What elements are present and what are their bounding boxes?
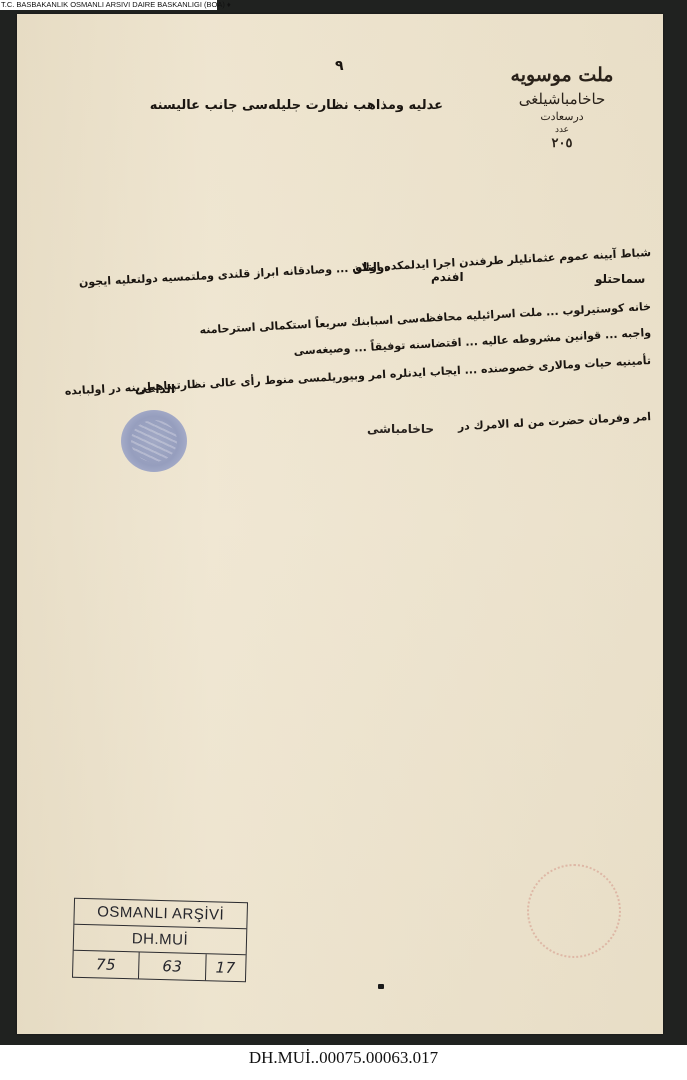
- closing-text: الداعى: [135, 382, 175, 396]
- ink-mark-icon: [378, 984, 384, 989]
- page-number: ٩: [335, 58, 344, 74]
- archive-shirt-number: 63: [139, 952, 206, 980]
- letterhead-line-1: ملت موسويه: [507, 62, 617, 88]
- letterhead-line-2: حاخامباشيلغى: [507, 88, 617, 110]
- archive-page-number: 17: [206, 954, 246, 981]
- letterhead-line-4: عدد: [507, 124, 617, 136]
- archive-stamp: OSMANLI ARŞİVİ DH.MUİ 75 63 17: [72, 898, 248, 983]
- document-page: ٩ عدليه ومذاهب نظارت جليله‌سى جانب عاليس…: [17, 14, 663, 1034]
- addressee-line: عدليه ومذاهب نظارت جليله‌سى جانب عاليسنه: [253, 98, 443, 113]
- letterhead: ملت موسويه حاخامباشيلغى درسعادت عدد ٢٠٥: [507, 62, 617, 152]
- archive-dossier-number: 75: [73, 951, 140, 979]
- reference-code: DH.MUİ..00075.00063.017: [0, 1048, 687, 1068]
- archive-banner: T.C. BASBAKANLIK OSMANLI ARSIVI DAIRE BA…: [0, 0, 217, 10]
- letterhead-line-3: درسعادت: [507, 110, 617, 124]
- red-stamp-icon: [527, 864, 621, 958]
- archive-stamp-numbers: 75 63 17: [73, 951, 246, 981]
- signature: حاخامباشى: [367, 422, 434, 436]
- body-line-1: شباط آیینه عموم عثمانلیلر طرفندن اجرا ای…: [32, 246, 652, 291]
- salutation-right: سماحتلو: [595, 272, 645, 286]
- salutation-middle: افندم: [431, 270, 464, 284]
- letterhead-number: ٢٠٥: [507, 136, 617, 152]
- blue-seal-icon: [121, 410, 187, 472]
